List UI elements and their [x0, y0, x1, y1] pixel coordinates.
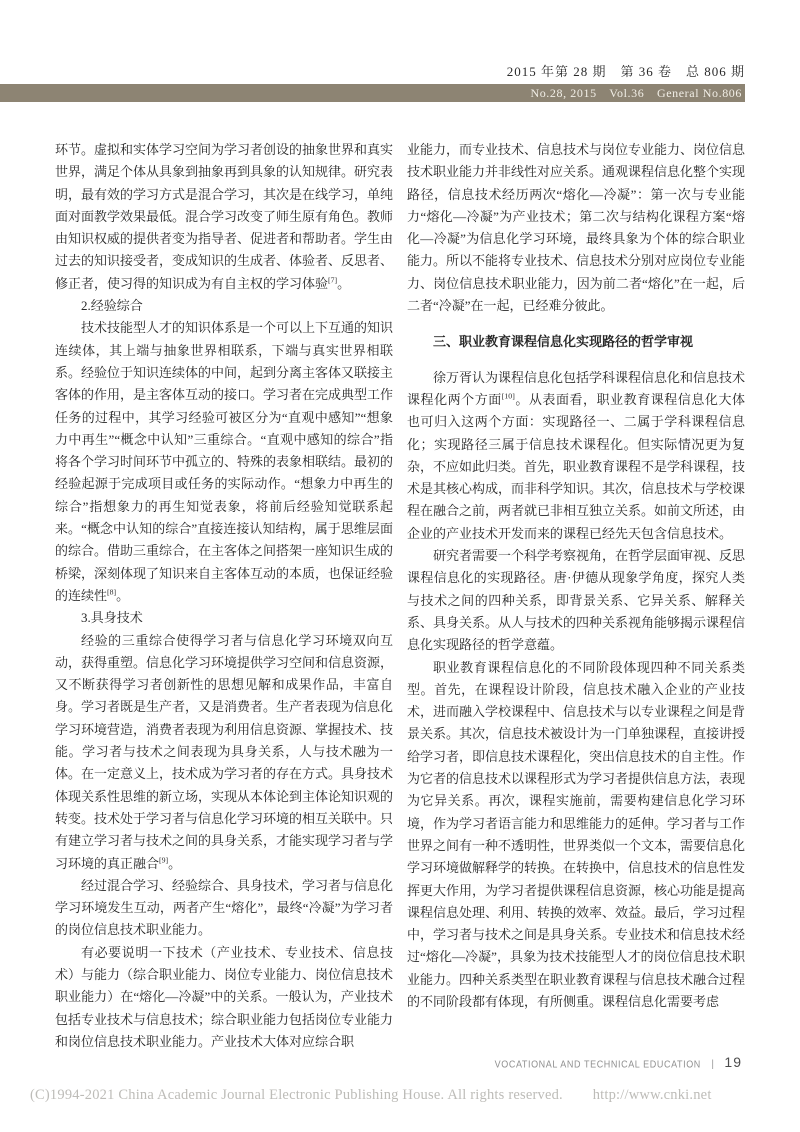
section-heading: 三、职业教育课程信息化实现路径的哲学审视 — [407, 331, 745, 353]
right-column: 业能力，而专业技术、信息技术与岗位专业能力、岗位信息技术职业能力并非线性对应关系… — [407, 139, 745, 1053]
issue-info-en: No.28, 2015 Vol.36 General No.806 — [530, 86, 742, 100]
paragraph: 业能力，而专业技术、信息技术与岗位专业能力、岗位信息技术职业能力并非线性对应关系… — [407, 139, 745, 317]
left-column: 环节。虚拟和实体学习空间为学习者创设的抽象世界和真实世界，满足个体从具象到抽象再… — [55, 139, 393, 1053]
paragraph: 有必要说明一下技术（产业技术、专业技术、信息技术）与能力（综合职业能力、岗位专业… — [55, 942, 393, 1053]
paragraph: 徐万胥认为课程信息化包括学科课程信息化和信息技术课程化两个方面[10]。从表面看… — [407, 367, 745, 545]
cnki-url: http://www.cnki.net — [593, 1087, 712, 1103]
paragraph: 职业教育课程信息化的不同阶段体现四种不同关系类型。首先，在课程设计阶段，信息技术… — [407, 657, 745, 1014]
paragraph: 研究者需要一个科学考察视角，在哲学层面审视、反思课程信息化的实现路径。唐·伊德从… — [407, 545, 745, 656]
subsection-title-embodied-technology: 3.具身技术 — [55, 607, 393, 629]
paragraph: 经过混合学习、经验综合、具身技术，学习者与信息化学习环境发生互动，两者产生“熔化… — [55, 875, 393, 942]
paragraph: 经验的三重综合使得学习者与信息化学习环境双向互动，获得重塑。信息化学习环境提供学… — [55, 630, 393, 875]
journal-footer: VOCATIONAL AND TECHNICAL EDUCATION | 19 — [495, 1054, 742, 1072]
header-bar: No.28, 2015 Vol.36 General No.806 — [0, 84, 745, 102]
footer-separator: | — [711, 1059, 714, 1070]
copyright-text: (C)1994-2021 China Academic Journal Elec… — [30, 1087, 563, 1103]
copyright-watermark: (C)1994-2021 China Academic Journal Elec… — [30, 1087, 775, 1104]
paragraph: 环节。虚拟和实体学习空间为学习者创设的抽象世界和真实世界，满足个体从具象到抽象再… — [55, 139, 393, 295]
journal-name-en: VOCATIONAL AND TECHNICAL EDUCATION — [495, 1058, 701, 1070]
page-number: 19 — [724, 1054, 742, 1070]
journal-page: 2015 年第 28 期 第 36 卷 总 806 期 No.28, 2015 … — [0, 0, 800, 1132]
issue-info-cn: 2015 年第 28 期 第 36 卷 总 806 期 — [507, 61, 745, 80]
article-body: 环节。虚拟和实体学习空间为学习者创设的抽象世界和真实世界，满足个体从具象到抽象再… — [55, 139, 745, 1053]
paragraph: 技术技能型人才的知识体系是一个可以上下互通的知识连续体，其上端与抽象世界相联系，… — [55, 317, 393, 607]
subsection-title-experience-synthesis: 2.经验综合 — [55, 295, 393, 317]
